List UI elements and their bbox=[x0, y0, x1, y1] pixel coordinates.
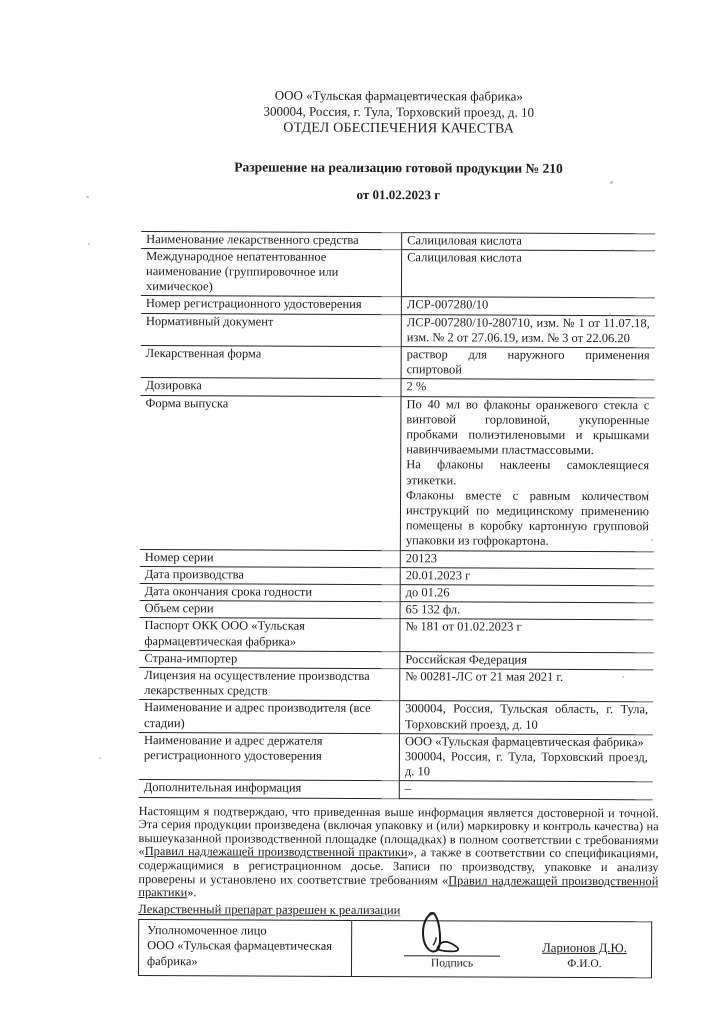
table-row: Форма выпуска По 40 мл во флаконы оранже… bbox=[140, 395, 655, 551]
row-value: раствор для наружного применения спиртов… bbox=[401, 347, 655, 381]
handwritten-signature bbox=[404, 915, 500, 956]
row-value: ООО «Тульская фармацевтическая фабрика» … bbox=[399, 733, 653, 782]
row-label: Номер серии bbox=[140, 549, 401, 567]
scan-speck bbox=[99, 757, 101, 759]
signature-stroke-icon bbox=[418, 909, 482, 955]
row-label: Дата окончания срока годности bbox=[140, 583, 401, 601]
scan-speck bbox=[86, 196, 89, 198]
signature-stack: Подпись bbox=[404, 921, 500, 970]
scan-speck bbox=[88, 243, 90, 245]
row-label: Нормативный документ bbox=[141, 313, 402, 347]
signature-row: Уполномоченное лицо ООО «Тульская фармац… bbox=[138, 919, 651, 978]
row-label: Паспорт ОКК ООО «Тульская фармацевтическ… bbox=[139, 618, 400, 652]
table-row: Дозировка 2 % bbox=[141, 378, 655, 397]
document-date: от 01.02.2023 г bbox=[141, 186, 655, 204]
scan-speck bbox=[612, 249, 614, 251]
signer-name: Ларионов Д.Ю. bbox=[542, 941, 627, 957]
company-address: 300004, Россия, г. Тула, Торховский прое… bbox=[142, 103, 656, 121]
row-value: 300004, Россия, Тульская область, г. Тул… bbox=[400, 701, 654, 735]
declaration-paragraph: Настоящим я подтверждаю, что приведенная… bbox=[138, 805, 658, 902]
row-label: Лекарственная форма bbox=[141, 345, 402, 379]
row-label: Объем серии bbox=[140, 601, 401, 619]
product-details-rows: Наименование лекарственного средства Сал… bbox=[139, 231, 655, 799]
row-label: Наименование и адрес производителя (все … bbox=[139, 700, 400, 734]
row-value: Салициловая кислота bbox=[401, 249, 655, 298]
name-caption: Ф.И.О. bbox=[542, 957, 627, 971]
row-value: – bbox=[399, 781, 653, 799]
table-row: Паспорт ОКК ООО «Тульская фармацевтическ… bbox=[139, 618, 653, 653]
department-name: ОТДЕЛ ОБЕСПЕЧЕНИЯ КАЧЕСТВА bbox=[142, 120, 656, 138]
row-label: Страна-импортер bbox=[139, 650, 400, 668]
table-row: Объем серии 65 132 фл. bbox=[140, 601, 654, 620]
signature-caption: Подпись bbox=[404, 956, 500, 970]
row-label: Международное непатентованное наименован… bbox=[141, 248, 402, 297]
document-header: ООО «Тульская фармацевтическая фабрика» … bbox=[142, 87, 656, 138]
row-label: Лицензия на осуществление производства л… bbox=[139, 668, 400, 702]
row-label: Дата производства bbox=[140, 566, 401, 584]
scan-speck bbox=[622, 676, 624, 678]
row-label: Форма выпуска bbox=[140, 395, 401, 550]
row-label: Дозировка bbox=[141, 378, 402, 396]
row-label: Наименование и адрес держателя регистрац… bbox=[139, 732, 400, 781]
row-value: № 00281-ЛС от 21 мая 2021 г. bbox=[400, 669, 654, 703]
row-value: ЛСР-007280/10-280710, изм. № 1 от 11.07.… bbox=[401, 314, 655, 348]
table-row: Наименование и адрес производителя (все … bbox=[139, 700, 653, 735]
table-row: Страна-импортер Российская Федерация bbox=[139, 650, 653, 669]
row-value: ЛСР-007280/10 bbox=[401, 297, 655, 315]
row-value: Российская Федерация bbox=[400, 651, 654, 669]
scanned-sheet: ООО «Тульская фармацевтическая фабрика» … bbox=[0, 0, 724, 1024]
row-value: Салициловая кислота bbox=[402, 232, 656, 250]
row-value: до 01.26 bbox=[400, 585, 654, 603]
name-stack: Ларионов Д.Ю. Ф.И.О. bbox=[542, 925, 627, 971]
row-value: № 181 от 01.02.2023 г bbox=[400, 619, 654, 653]
row-label: Номер регистрационного удостоверения bbox=[141, 296, 402, 314]
document-content: ООО «Тульская фармацевтическая фабрика» … bbox=[138, 87, 656, 978]
table-row: Наименование лекарственного средства Сал… bbox=[141, 231, 655, 250]
product-details-table: Наименование лекарственного средства Сал… bbox=[139, 231, 655, 800]
row-value: 65 132 фл. bbox=[400, 602, 654, 620]
row-value: 2 % bbox=[401, 379, 655, 397]
row-label: Дополнительная информация bbox=[139, 780, 400, 798]
document-page: ООО «Тульская фармацевтическая фабрика» … bbox=[0, 0, 724, 1024]
row-value: По 40 мл во флаконы оранжевого стекла с … bbox=[400, 396, 654, 551]
signature-block: Уполномоченное лицо ООО «Тульская фармац… bbox=[138, 919, 652, 979]
signature-layout: Подпись Ларионов Д.Ю. Ф.И.О. bbox=[366, 921, 637, 971]
table-row: Номер серии 20123 bbox=[140, 549, 654, 568]
table-row: Международное непатентованное наименован… bbox=[141, 248, 655, 298]
row-value: 20123 bbox=[400, 550, 654, 568]
scan-speck bbox=[647, 491, 649, 493]
table-row: Нормативный документ ЛСР-007280/10-28071… bbox=[141, 313, 655, 348]
table-row: Номер регистрационного удостоверения ЛСР… bbox=[141, 296, 655, 315]
signature-cell: Подпись Ларионов Д.Ю. Ф.И.О. bbox=[351, 920, 651, 978]
table-row: Дополнительная информация – bbox=[139, 780, 653, 799]
scan-speck bbox=[651, 539, 653, 541]
scan-speck bbox=[609, 313, 611, 316]
declaration-text: ». bbox=[187, 885, 196, 899]
table-row: Дата производства 20.01.2023 г bbox=[140, 566, 654, 585]
document-title: Разрешение на реализацию готовой продукц… bbox=[141, 159, 655, 177]
scan-speck bbox=[610, 181, 613, 184]
table-row: Лицензия на осуществление производства л… bbox=[139, 668, 653, 703]
table-row: Лекарственная форма раствор для наружног… bbox=[141, 345, 655, 380]
release-statement: Лекарственный препарат разрешен к реализ… bbox=[138, 902, 652, 919]
row-value: 20.01.2023 г bbox=[400, 567, 654, 585]
authorized-person-cell: Уполномоченное лицо ООО «Тульская фармац… bbox=[138, 919, 351, 976]
table-row: Наименование и адрес держателя регистрац… bbox=[139, 732, 653, 782]
table-row: Дата окончания срока годности до 01.26 bbox=[140, 583, 654, 602]
row-label: Наименование лекарственного средства bbox=[141, 231, 402, 249]
